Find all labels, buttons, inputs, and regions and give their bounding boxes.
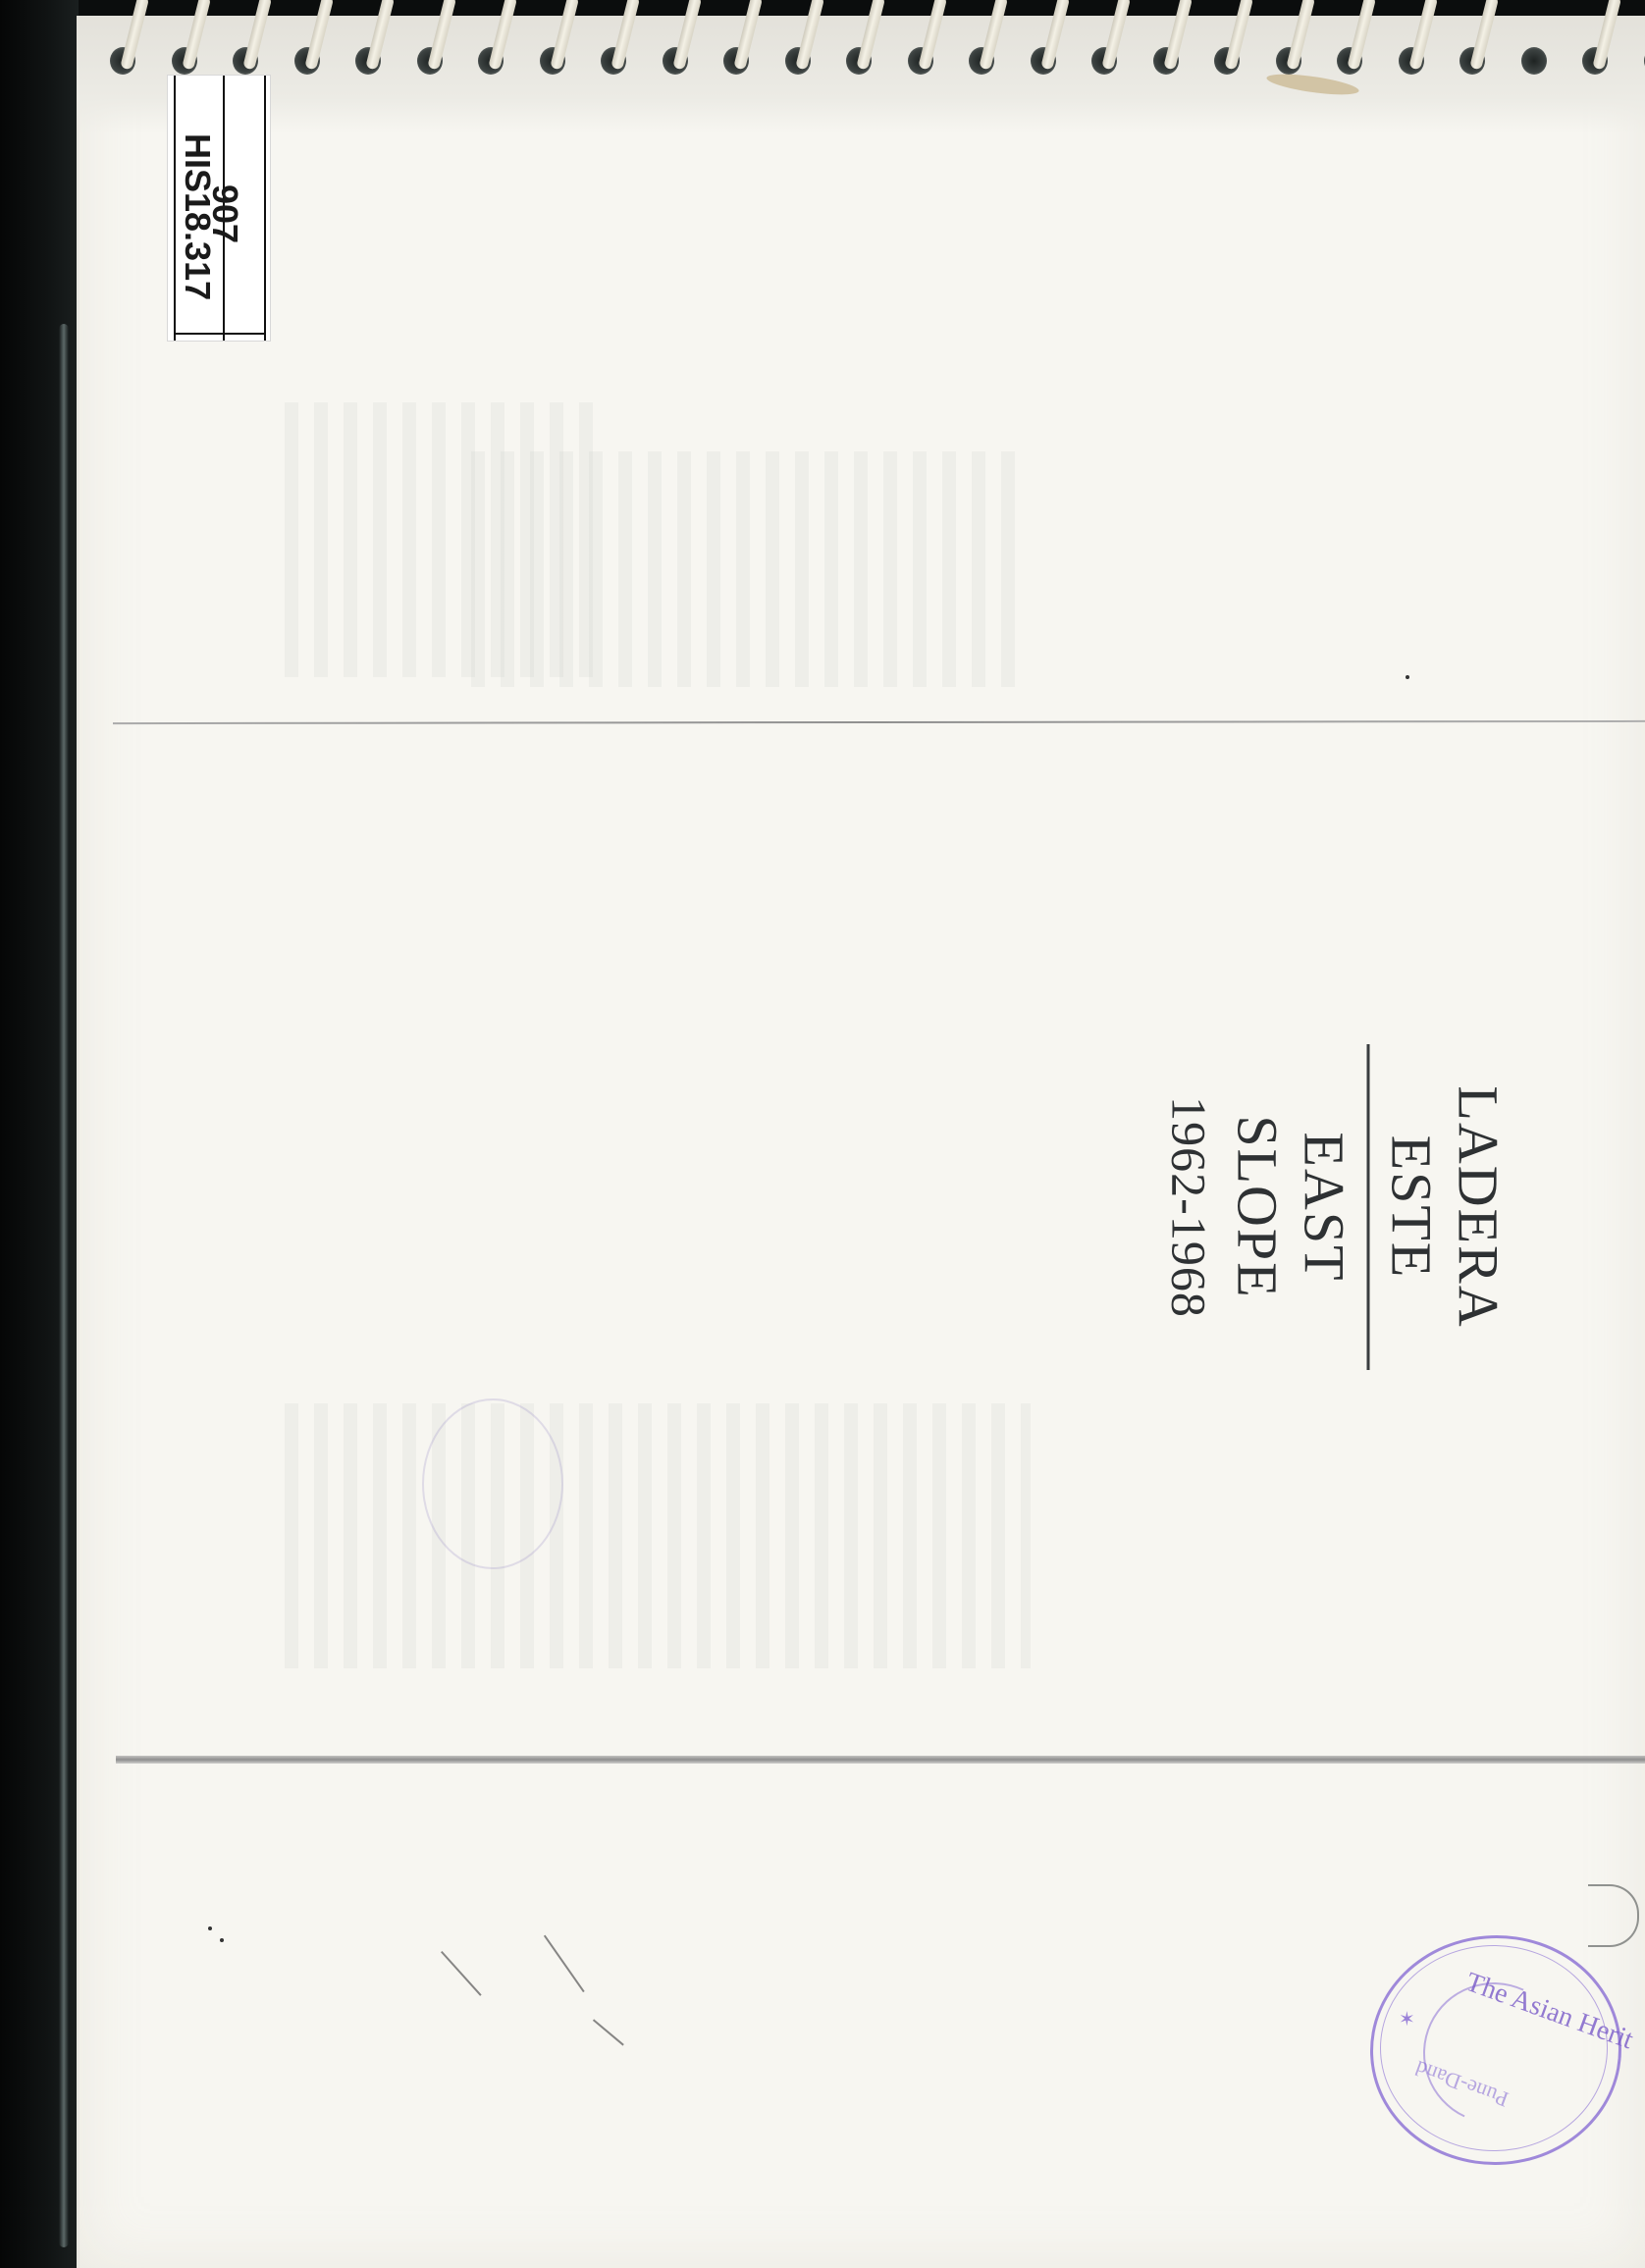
bleed-through-text [471, 451, 1021, 687]
speck [208, 1926, 212, 1930]
title-english: EAST SLOPE [1224, 1052, 1357, 1362]
speck [220, 1938, 224, 1942]
accession-number: 907 [204, 175, 245, 253]
coil-hole [1521, 47, 1547, 75]
title-rule [1367, 1044, 1370, 1370]
title-block: LADERA ESTE EAST SLOPE 1962-1968 [1159, 1052, 1512, 1362]
faint-stamp-bleed [422, 1398, 563, 1569]
binder-edge [59, 324, 69, 2247]
speck [1406, 675, 1409, 679]
label-rule [174, 333, 266, 335]
label-rule [174, 76, 176, 341]
star-icon: ✶ [1399, 2007, 1415, 2031]
title-spanish: LADERA ESTE [1378, 1052, 1512, 1362]
accession-label: HIS18.317 907 [167, 75, 271, 342]
fold-line [116, 1756, 1645, 1764]
bleed-through-text [285, 1403, 1031, 1668]
title-years: 1962-1968 [1159, 1052, 1220, 1362]
label-rule [264, 76, 266, 341]
spiral-binding [0, 0, 1645, 79]
